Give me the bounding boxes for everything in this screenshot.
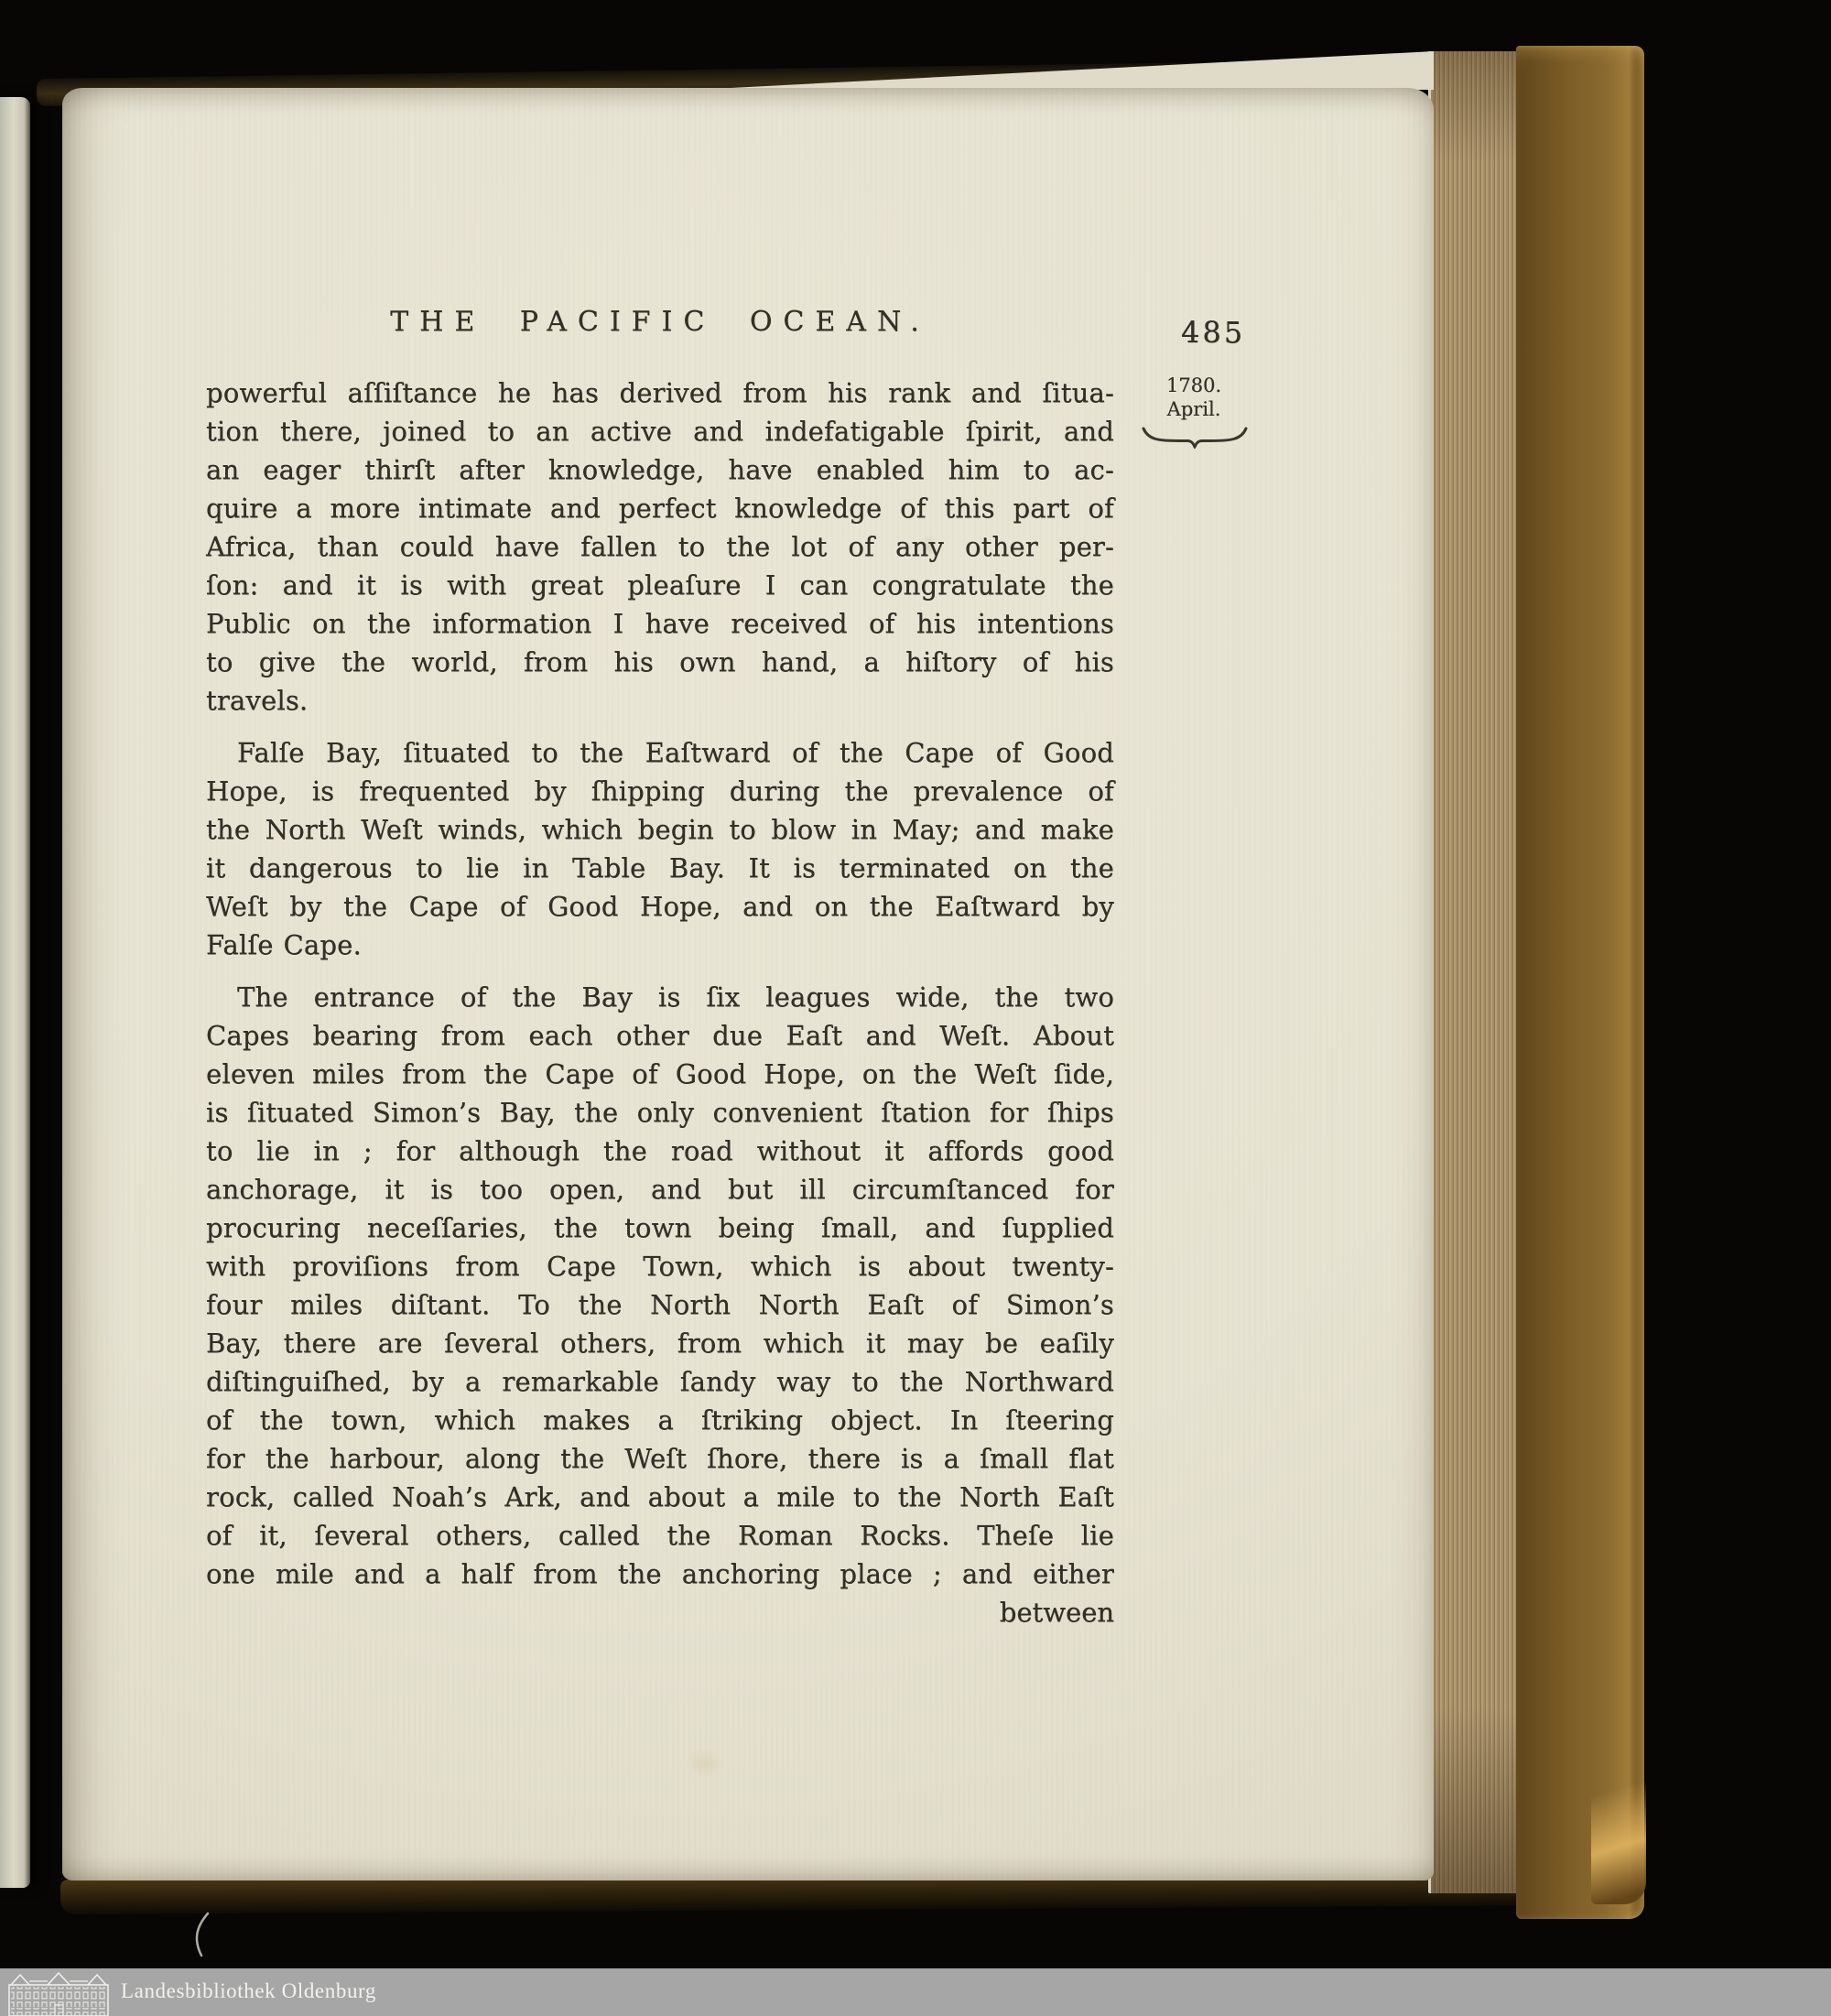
text-line: an eager thirſt after knowledge, have en… (206, 450, 1114, 489)
text-line: of it, ſeveral others, called the Roman … (206, 1516, 1114, 1555)
library-building-icon (7, 1970, 110, 2016)
paragraph: The entrance of the Bay is ſix leagues w… (206, 978, 1114, 1593)
book-page: THE PACIFIC OCEAN. 485 1780. April. powe… (62, 88, 1434, 1881)
facing-page-edge (0, 97, 30, 1888)
paragraph: powerful aſſiſtance he has derived from … (206, 374, 1114, 720)
text-line: is ſituated Simon’s Bay, the only conven… (206, 1093, 1114, 1132)
text-line: ſon: and it is with great pleaſure I can… (206, 566, 1114, 604)
text-line: The entrance of the Bay is ſix leagues w… (206, 978, 1114, 1016)
text-line: travels. (206, 681, 1114, 720)
text-line: Hope, is frequented by ſhipping during t… (206, 772, 1114, 810)
text-line: powerful aſſiſtance he has derived from … (206, 374, 1114, 412)
book-fore-edge-pages (1428, 51, 1524, 1893)
text-line: anchorage, it is too open, and but ill c… (206, 1170, 1114, 1209)
body-text: powerful aſſiſtance he has derived from … (206, 374, 1114, 1593)
text-line: the North Weſt winds, which begin to blo… (206, 810, 1114, 849)
catchword: between (206, 1593, 1114, 1631)
margin-brace-glyph (1140, 425, 1250, 449)
text-line: it dangerous to lie in Table Bay. It is … (206, 849, 1114, 887)
margin-date-note: 1780. April. (1140, 374, 1248, 449)
text-line: diſtinguiſhed, by a remarkable ſandy way… (206, 1362, 1114, 1401)
text-line: with proviſions from Cape Town, which is… (206, 1247, 1114, 1285)
text-line: to give the world, from his own hand, a … (206, 643, 1114, 681)
scan-scratch-mark (188, 1912, 224, 1959)
text-line: Africa, than could have fallen to the lo… (206, 527, 1114, 566)
book-scan: THE PACIFIC OCEAN. 485 1780. April. powe… (0, 0, 1831, 2016)
text-line: Capes bearing from each other due Eaſt a… (206, 1016, 1114, 1055)
paragraph: Falſe Bay, ſituated to the Eaſtward of t… (206, 733, 1114, 964)
text-line: four miles diſtant. To the North North E… (206, 1285, 1114, 1324)
text-line: Public on the information I have receive… (206, 604, 1114, 643)
page-number: 485 (1181, 315, 1263, 350)
text-line: eleven miles from the Cape of Good Hope,… (206, 1055, 1114, 1093)
text-line: Bay, there are ſeveral others, from whic… (206, 1324, 1114, 1362)
text-line: of the town, which makes a ſtriking obje… (206, 1401, 1114, 1439)
text-line: for the harbour, along the Weſt ſhore, t… (206, 1439, 1114, 1478)
text-line: procuring neceſſaries, the town being ſm… (206, 1209, 1114, 1247)
cover-corner-highlight (1591, 1765, 1646, 1904)
text-line: quire a more intimate and perfect knowle… (206, 489, 1114, 527)
margin-month: April. (1140, 397, 1248, 421)
text-line: one mile and a half from the anchoring p… (206, 1555, 1114, 1593)
text-line: rock, called Noah’s Ark, and about a mil… (206, 1478, 1114, 1516)
text-line: Falſe Bay, ſituated to the Eaſtward of t… (206, 733, 1114, 772)
text-line: Weſt by the Cape of Good Hope, and on th… (206, 887, 1114, 926)
library-watermark-bar: Landesbibliothek Oldenburg (0, 1968, 1831, 2016)
margin-year: 1780. (1140, 374, 1248, 397)
text-line: Falſe Cape. (206, 926, 1114, 964)
library-name: Landesbibliothek Oldenburg (121, 1968, 376, 2016)
text-line: tion there, joined to an active and inde… (206, 412, 1114, 450)
running-header: THE PACIFIC OCEAN. (206, 306, 1114, 338)
book-cover-right (1516, 46, 1644, 1919)
text-line: to lie in ; for although the road withou… (206, 1132, 1114, 1170)
